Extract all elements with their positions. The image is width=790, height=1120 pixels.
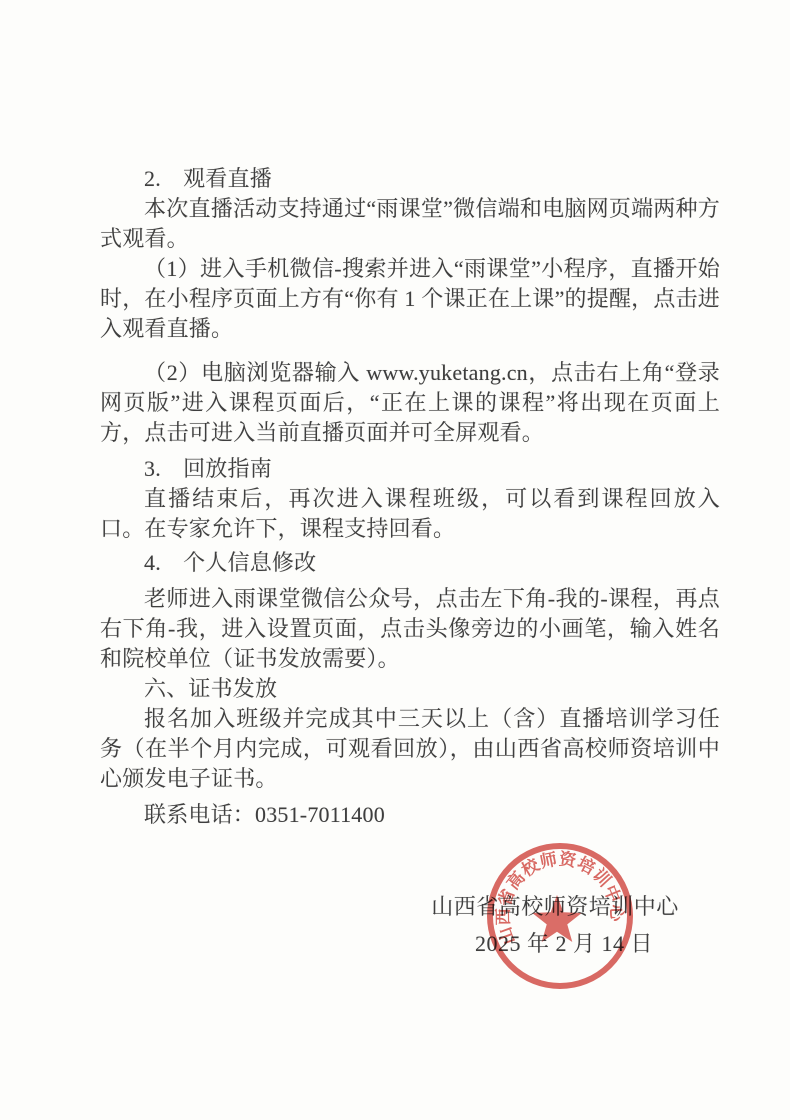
contact-phone-line: 联系电话：0351-7011400 bbox=[100, 800, 720, 830]
document-page: 2. 观看直播 本次直播活动支持通过“雨课堂”微信端和电脑网页端两种方式观看。 … bbox=[0, 0, 790, 1120]
seal-star bbox=[532, 895, 581, 942]
paragraph-watch-intro: 本次直播活动支持通过“雨课堂”微信端和电脑网页端两种方式观看。 bbox=[100, 194, 720, 254]
paragraph-profile-detail: 老师进入雨课堂微信公众号，点击左下角-我的-课程，再点右下角-我，进入设置页面，… bbox=[100, 584, 720, 674]
section-item-profile-edit: 4. 个人信息修改 bbox=[100, 548, 720, 578]
section-item-watch-live: 2. 观看直播 bbox=[100, 164, 720, 194]
paragraph-web-steps: （2）电脑浏览器输入 www.yuketang.cn，点击右上角“登录网页版”进… bbox=[100, 358, 720, 448]
document-body: 2. 观看直播 本次直播活动支持通过“雨课堂”微信端和电脑网页端两种方式观看。 … bbox=[100, 164, 720, 830]
paragraph-wechat-steps: （1）进入手机微信-搜索并进入“雨课堂”小程序，直播开始时，在小程序页面上方有“… bbox=[100, 254, 720, 344]
section-heading-certificate: 六、证书发放 bbox=[100, 674, 720, 704]
section-item-replay-guide: 3. 回放指南 bbox=[100, 454, 720, 484]
paragraph-replay-detail: 直播结束后，再次进入课程班级，可以看到课程回放入口。在专家允许下，课程支持回看。 bbox=[100, 484, 720, 544]
official-seal: 山西省高校师资培训中心 bbox=[475, 831, 645, 1001]
paragraph-certificate-detail: 报名加入班级并完成其中三天以上（含）直播培训学习任务（在半个月内完成，可观看回放… bbox=[100, 704, 720, 794]
